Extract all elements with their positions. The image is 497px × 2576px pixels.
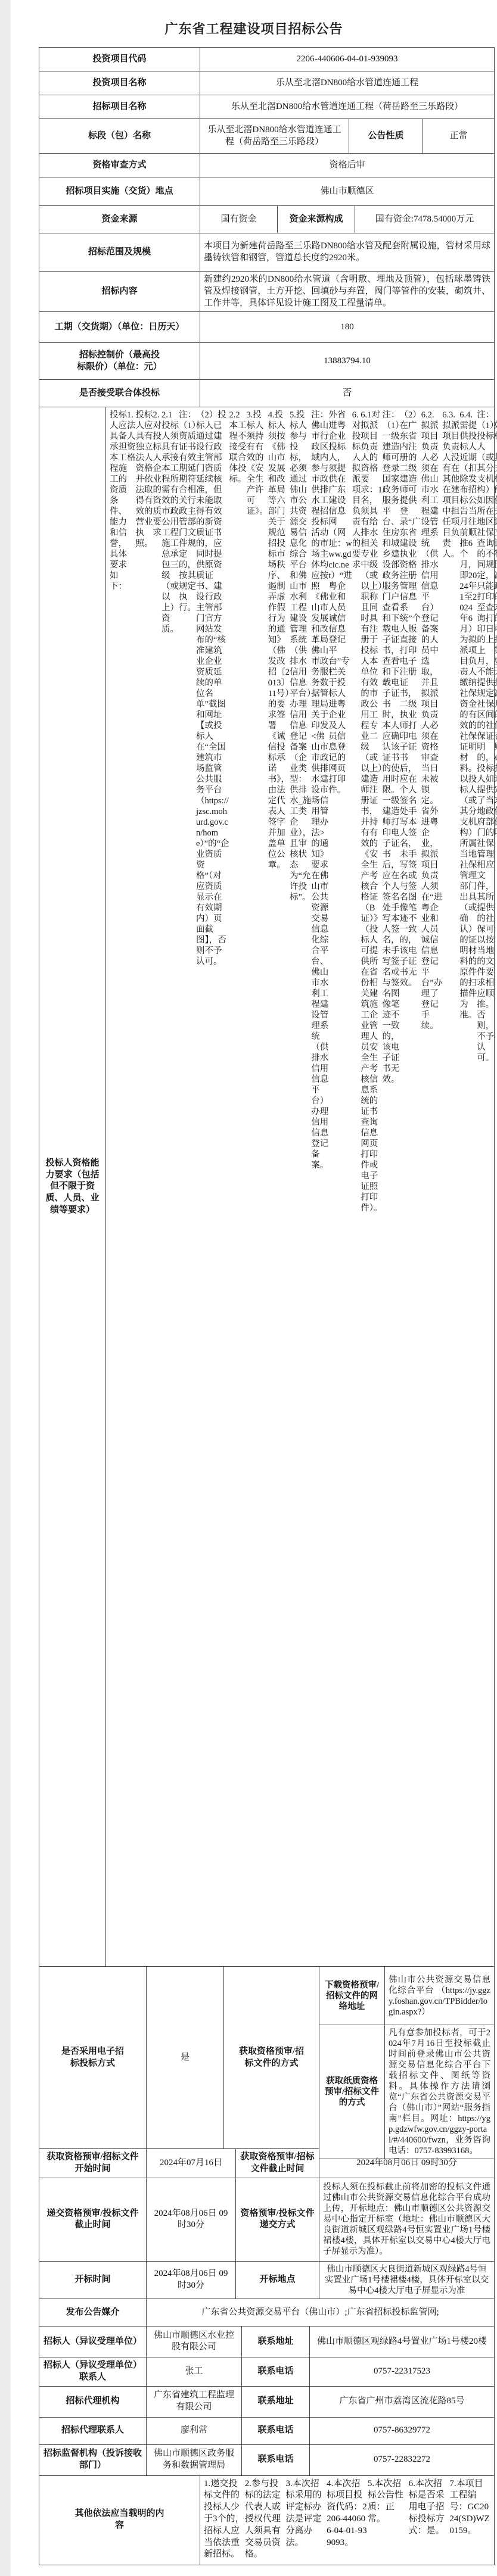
announcement-sheet: 广东省工程建设项目招标公告 投资项目代码 2206-440606-04-01-9… xyxy=(11,0,497,2576)
table-row: 标段（包）名称 乐从至北滘DN800给水管道连通工程（荷岳路至三乐路段） 公告性… xyxy=(39,119,495,154)
field-label: 获取资格预审/招标文件的方式 xyxy=(224,1967,319,2149)
field-value: 2024年08月06日 09时30分 xyxy=(147,2262,236,2299)
field-label: 招标内容 xyxy=(39,272,200,312)
text-line: 注：（1）一级建造师可登录国家政务服务平台、住房和城乡建设部政务服务门户查看和下… xyxy=(383,410,400,1085)
field-value: 乐从至北滘DN800给水管道连通工程（荷岳路至三乐路段） xyxy=(200,95,495,119)
text-line: 6.1对拟派项目负责人的资格要求：1名，须具有给排水相关专业中级（或以上）职称且… xyxy=(361,410,382,1214)
announcement-table: 投资项目代码 2206-440606-04-01-939093 投资项目名称 乐… xyxy=(39,47,495,2565)
electronic-nested: 下载资格预审/招标文件的网络地址 佛山市公共资源交易信息化综合平台 （https… xyxy=(319,1967,495,2149)
table-row: 是否接受联合体投标 否 xyxy=(39,380,495,407)
field-value: 佛山市顺德区水业控股有限公司 xyxy=(147,2326,242,2357)
field-label: 招标项目名称 xyxy=(39,95,200,119)
field-label: 联系地址 xyxy=(242,2326,310,2357)
field-value: 国有资金:7478.54000万元 xyxy=(355,206,495,233)
field-label: 招标范围及规模 xyxy=(39,233,200,272)
text-line: 6.2.拟派项目负责人必须在佛山市水利工程建设管理系统（供排水信用信息平台）登记… xyxy=(421,410,442,1031)
field-label: 招标代理联系人 xyxy=(39,2418,147,2445)
table-row: 资格审查方式 资格后审 xyxy=(39,154,495,177)
text-line: 注：佛山市行政区域内参与市政供排水工程招投标活动的市场主体均应按照《佛山市发展和… xyxy=(311,410,328,1171)
electronic-row: 是否采用电子招标投标方式 是 获取资格预审/招标文件的方式 下载资格预审/招标文… xyxy=(39,1967,495,2149)
field-label: 招标代理机构 xyxy=(39,2387,147,2418)
field-label: 标段（包）名称 xyxy=(39,119,200,154)
field-label: 联系电话 xyxy=(242,2445,310,2476)
text-line: 3.本次招标采用的评定标办法是评定分离办法。 xyxy=(285,2478,327,2549)
field-value: 0757-22317523 xyxy=(310,2357,495,2387)
field-label: 是否采用电子招标投标方式 xyxy=(39,1967,147,2149)
table-row: 开标时间 2024年08月06日 09时30分 开标地点 佛山市顺德区大良街道新… xyxy=(39,2262,495,2299)
field-label: 招标监督机构（投诉接收部门） xyxy=(39,2445,147,2476)
text-line: 3.投标人须持有有效的《安全生产许可证》。 xyxy=(247,410,268,517)
field-label: 投资项目名称 xyxy=(39,71,200,95)
table-row: 递交资格预审/投标文件截止时间 2024年08月06日 09时30分 资格预审/… xyxy=(39,2178,495,2262)
field-label: 招标项目实施（交货）地点 xyxy=(39,177,200,206)
other-content-list: 1.递交投标文件的投标人少于3个的，招标人应当依法重新招标。2.参与投标的法定代… xyxy=(200,2476,495,2565)
table-row: 招标人（异议受理单位） 佛山市顺德区水业控股有限公司 联系地址 佛山市顺德区观绿… xyxy=(39,2326,495,2357)
field-value: 否 xyxy=(200,380,495,407)
text-line: 7.本项目工程编号：GC2024(SD)WZ0159。 xyxy=(449,2478,490,2537)
text-line: 5.本次招标公告性质：正常。 xyxy=(368,2478,409,2525)
field-value: 2206-440606-04-01-939093 xyxy=(200,48,495,71)
field-value: 廖利常 xyxy=(147,2418,242,2445)
field-label: 联系电话 xyxy=(242,2418,310,2445)
table-row: 招标项目实施（交货）地点 佛山市顺德区 xyxy=(39,177,495,206)
text-line: 1.递交投标文件的投标人少于3个的，招标人应当依法重新招标。 xyxy=(204,2478,245,2561)
field-value: 张工 xyxy=(147,2357,242,2387)
field-value: 180 xyxy=(200,312,495,343)
text-line: （2）投标人已通过建设行政主管部门资质延续核准，但未能取得有效的新资质证书的，应… xyxy=(196,410,229,967)
field-value: 乐从至北滘DN800给水管道连通工程（荷岳路至三乐路段） xyxy=(200,119,349,154)
field-label: 获取纸质资格预审/招标文件的方式 xyxy=(319,2025,385,2159)
field-value: 佛山市顺德区 xyxy=(200,177,495,206)
field-label: 招标人（异议受理单位）联系人 xyxy=(39,2357,147,2387)
field-value: 乐从至北滘DN800给水管道连通工程 xyxy=(200,71,495,95)
field-value: 广东省建筑工程监理有限公司 xyxy=(147,2387,242,2418)
text-line: 2.参与投标的法定代表人或授权代理人须具有交易员资格。 xyxy=(245,2478,286,2561)
field-value: 资格后审 xyxy=(200,154,495,177)
field-value: 0757-86329772 xyxy=(310,2418,495,2445)
table-row: 发布公告媒介 广东省公共资源交易平台（佛山市）;广东省招标投标监管网; xyxy=(39,2299,495,2326)
text-line: 投标人应具备承担本工程施工的资质条件、能力和信誉，具体要求如下： xyxy=(110,410,127,592)
text-line: （2）在广东省内注册的二级建造师可提供登录“广东省建设执业资格注册管理信息系统”… xyxy=(400,410,421,988)
field-label: 获取资格预审/招标文件截止时间 xyxy=(236,2149,319,2178)
field-label: 招标控制价（最高投标限价）（单位：元） xyxy=(39,343,200,380)
field-label: 招标人（异议受理单位） xyxy=(39,2326,147,2357)
text-line: 6.对投标人拟派项目负责人的要求 xyxy=(352,410,361,570)
field-label: 下载资格预审/招标文件的网络地址 xyxy=(319,1967,385,2025)
field-value: 正常 xyxy=(423,119,495,154)
field-value: 国有资金 xyxy=(200,206,278,233)
field-label: 公告性质 xyxy=(349,119,423,154)
field-label: 资金来源 xyxy=(39,206,200,233)
field-value: 凡有意参加投标者，可于2024年7月16日至投标截止时间前登录佛山市公共资源交易… xyxy=(385,2025,495,2159)
field-value: 投标人须在投标截止前将加密的投标文件通过佛山市公共资源交易信息化综合平台成功上传… xyxy=(319,2178,495,2262)
text-line: 4.本次招标项目投资代码：2206-440606-04-01-939093。 xyxy=(327,2478,368,2549)
field-label: 开标时间 xyxy=(39,2262,147,2299)
table-row: 投资项目名称 乐从至北滘DN800给水管道连通工程 xyxy=(39,71,495,95)
table-row: 资金来源 国有资金 资金来源构成 国有资金:7478.54000万元 xyxy=(39,206,495,233)
text-line: 6.4.需提供投标人近期（扣除发布招标公告当月往前顺推6个月，即2024年1至2… xyxy=(459,410,477,1021)
table-row: 其他依法应当载明的内容 1.递交投标文件的投标人少于3个的，招标人应当依法重新招… xyxy=(39,2476,495,2565)
text-line: 注：（1）资质证书有效期延期符合相关行政主管部门文件规定的，按其规定执行。 xyxy=(179,410,196,613)
text-line: 4.投标人须按《佛山市发展和改革局等六部门关于规范招投标市场秩序、遏制弄虚作假行… xyxy=(268,410,290,871)
field-value: 2024年08月06日 09时30分 xyxy=(319,2149,495,2178)
field-value: 0757-22832272 xyxy=(310,2445,495,2476)
field-label: 联系电话 xyxy=(242,2357,310,2387)
table-row: 工期（交货期）（单位：日历天） 180 xyxy=(39,312,495,343)
field-label: 联系地址 xyxy=(242,2387,310,2418)
text-line: （2）如投标人（或其分支机构）能提供相关的证明文件证明符合国家减免政策的要求的，… xyxy=(494,410,497,838)
table-row: 招标代理机构 广东省建筑工程监理有限公司 联系地址 广东省广州市荔湾区流花路85… xyxy=(39,2387,495,2418)
table-row: 招标监督机构（投诉接收部门） 佛山市顺德区政务服务和数据管理局 联系电话 075… xyxy=(39,2445,495,2476)
table-row: 获取纸质资格预审/招标文件的方式 凡有意参加投标者，可于2024年7月16日至投… xyxy=(319,2025,495,2159)
field-label: 投资项目代码 xyxy=(39,48,200,71)
field-value: 2024年07月16日 xyxy=(147,2149,236,2178)
text-line: 外省进粤企业投标人，须提供在广东建设信息网（网址：www.gdcic.net）“… xyxy=(328,410,352,796)
field-value: 2024年08月06日 09时30分 xyxy=(147,2178,236,2262)
text-line: 2.2本工程不接受联合体投标。 xyxy=(229,410,247,485)
text-line: 1.法人资格 xyxy=(127,410,136,463)
field-label: 工期（交货期）（单位：日历天） xyxy=(39,312,200,343)
field-value: 本项目为新建荷岳路至三乐路DN800给水管及配套附属设施，管材采用球墨铸铁管和钢… xyxy=(200,233,495,272)
field-label: 其他依法应当载明的内容 xyxy=(39,2476,200,2565)
field-label: 投标人资格能力要求（包括但不限于资质、人员、业绩等要求） xyxy=(39,407,106,1967)
text-line: 注：（1）投标人（或其分支机构）如因所在地区社保查询的不同规定，只能打印至查询打… xyxy=(477,410,494,1064)
text-line: 2.对投标人企业的资质要求 xyxy=(153,410,162,538)
text-line: 6.3.拟派项目负责人没有在其他在建项目中担任项目负责人。 xyxy=(442,410,459,560)
text-line: 6.本次招标是否采用电子招标投标方式：是。 xyxy=(409,2478,450,2537)
table-row: 招标内容 新建约2920米的DN800给水管道（含明敷、埋地及顶管），包括球墨铸… xyxy=(39,272,495,312)
field-label: 开标地点 xyxy=(236,2262,319,2299)
field-value: 广东省公共资源交易平台（佛山市）;广东省招标投标监管网; xyxy=(147,2299,495,2326)
field-value: 佛山市公共资源交易信息化综合平台 （https://jy.ggzy.foshan… xyxy=(385,1967,495,2025)
field-value: 是 xyxy=(147,1967,224,2149)
table-row: 招标代理联系人 廖利常 联系电话 0757-86329772 xyxy=(39,2418,495,2445)
table-row: 招标项目名称 乐从至北滘DN800给水管道连通工程（荷岳路至三乐路段） xyxy=(39,95,495,119)
table-row: 投资项目代码 2206-440606-04-01-939093 xyxy=(39,48,495,71)
table-row: 获取资格预审/招标文件开始时间 2024年07月16日 获取资格预审/招标文件截… xyxy=(39,2149,495,2178)
field-label: 递交资格预审/投标文件截止时间 xyxy=(39,2178,147,2262)
table-row: 招标控制价（最高投标限价）（单位：元） 13883794.10 xyxy=(39,343,495,380)
field-value: 佛山市顺德区观绿路4号置业广场1号楼20楼 xyxy=(310,2326,495,2357)
field-value: 13883794.10 xyxy=(200,343,495,380)
text-line: 5.投标人参与投标，必须通过佛山市公共资源交易信息化综合平台和佛山市水利工程建设… xyxy=(290,410,311,903)
field-label: 资金来源构成 xyxy=(278,206,355,233)
field-value: 佛山市顺德区政务服务和数据管理局 xyxy=(147,2445,242,2476)
page-title: 广东省工程建设项目招标公告 xyxy=(11,19,497,38)
field-label: 获取资格预审/招标文件开始时间 xyxy=(39,2149,147,2178)
field-value: 广东省广州市荔湾区流花路85号 xyxy=(310,2387,495,2418)
field-label: 资格审查方式 xyxy=(39,154,200,177)
table-row: 招标人（异议受理单位）联系人 张工 联系电话 0757-22317523 xyxy=(39,2357,495,2387)
text-line: 2.1投标人须具有承接本工程所需有效的市政公用工程施工总承包三级（或以上）资质。 xyxy=(161,410,179,635)
qualification-text: 投标人应具备承担本工程施工的资质条件、能力和信誉，具体要求如下：1.法人资格投标… xyxy=(106,407,495,1967)
table-row: 下载资格预审/招标文件的网络地址 佛山市公共资源交易信息化综合平台 （https… xyxy=(319,1967,495,2025)
field-label: 是否接受联合体投标 xyxy=(39,380,200,407)
table-row: 招标范围及规模 本项目为新建荷岳路至三乐路DN800给水管及配套附属设施，管材采… xyxy=(39,233,495,272)
field-value: 新建约2920米的DN800给水管道（含明敷、埋地及顶管），包括球墨铸铁管及焊接… xyxy=(200,272,495,312)
field-value: 佛山市顺德区大良街道新城区观绿路4号恒实置业广场1号楼裙楼4楼，具体开标室以交易… xyxy=(319,2262,495,2299)
text-line: 投标人应具有独立法人资格并依法取得有效的营业执照。 xyxy=(136,410,153,549)
qualification-row: 投标人资格能力要求（包括但不限于资质、人员、业绩等要求） 投标人应具备承担本工程… xyxy=(39,407,495,1967)
field-label: 发布公告媒介 xyxy=(39,2299,147,2326)
field-label: 资格预审/投标文件递交方式 xyxy=(236,2178,319,2262)
